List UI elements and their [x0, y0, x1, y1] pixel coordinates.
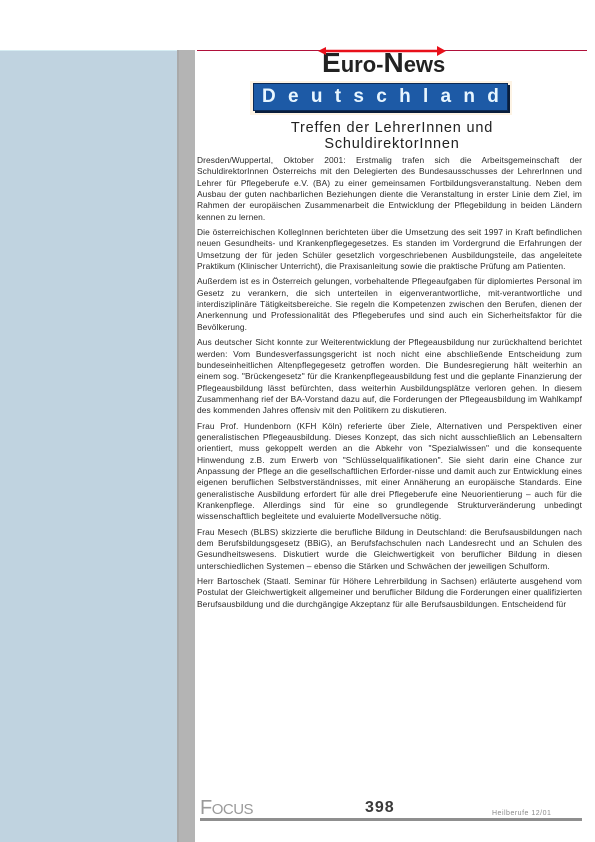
section-initial: F	[200, 797, 212, 819]
banner-letter: n	[463, 86, 475, 108]
sidebar-gray-strip	[177, 50, 195, 842]
euro-news-logo: Euro-News	[322, 40, 462, 74]
article-paragraph: Aus deutscher Sicht konnte zur Weiterent…	[197, 337, 582, 416]
banner-letter: s	[353, 86, 364, 108]
double-arrow-icon	[318, 46, 446, 56]
banner-letter: c	[376, 86, 387, 108]
article-paragraph: Frau Mesech (BLBS) skizzierte die berufl…	[197, 527, 582, 572]
left-sidebar-panel	[0, 50, 177, 842]
country-banner: D e u t s c h l a n d	[253, 83, 508, 111]
article-headline: Treffen der LehrerInnen und Schuldirekto…	[197, 120, 587, 152]
footer-rule	[200, 818, 582, 821]
banner-letter: e	[288, 86, 299, 108]
banner-letter: d	[487, 86, 499, 108]
banner-letter: u	[311, 86, 323, 108]
article-paragraph: Herr Bartoschek (Staatl. Seminar für Höh…	[197, 576, 582, 610]
banner-letter: l	[423, 86, 428, 108]
headline-line-2: SchuldirektorInnen	[197, 136, 587, 152]
banner-letter: t	[335, 86, 341, 108]
issue-label: Heilberufe 12/01	[492, 810, 551, 817]
article-paragraph: Dresden/Wuppertal, Oktober 2001: Erstmal…	[197, 155, 582, 223]
article-paragraph: Außerdem ist es in Österreich gelungen, …	[197, 276, 582, 333]
article-paragraph: Die österreichischen KollegInnen bericht…	[197, 227, 582, 272]
banner-letter: D	[262, 86, 276, 108]
section-rest: OCUS	[212, 801, 253, 818]
banner-letter: a	[441, 86, 452, 108]
page-number: 398	[365, 799, 395, 817]
footer-section-name: FOCUS	[200, 797, 253, 820]
headline-line-1: Treffen der LehrerInnen und	[197, 120, 587, 136]
banner-letter: h	[399, 86, 411, 108]
article-paragraph: Frau Prof. Hundenborn (KFH Köln) referie…	[197, 421, 582, 523]
article-body: Dresden/Wuppertal, Oktober 2001: Erstmal…	[197, 155, 582, 614]
